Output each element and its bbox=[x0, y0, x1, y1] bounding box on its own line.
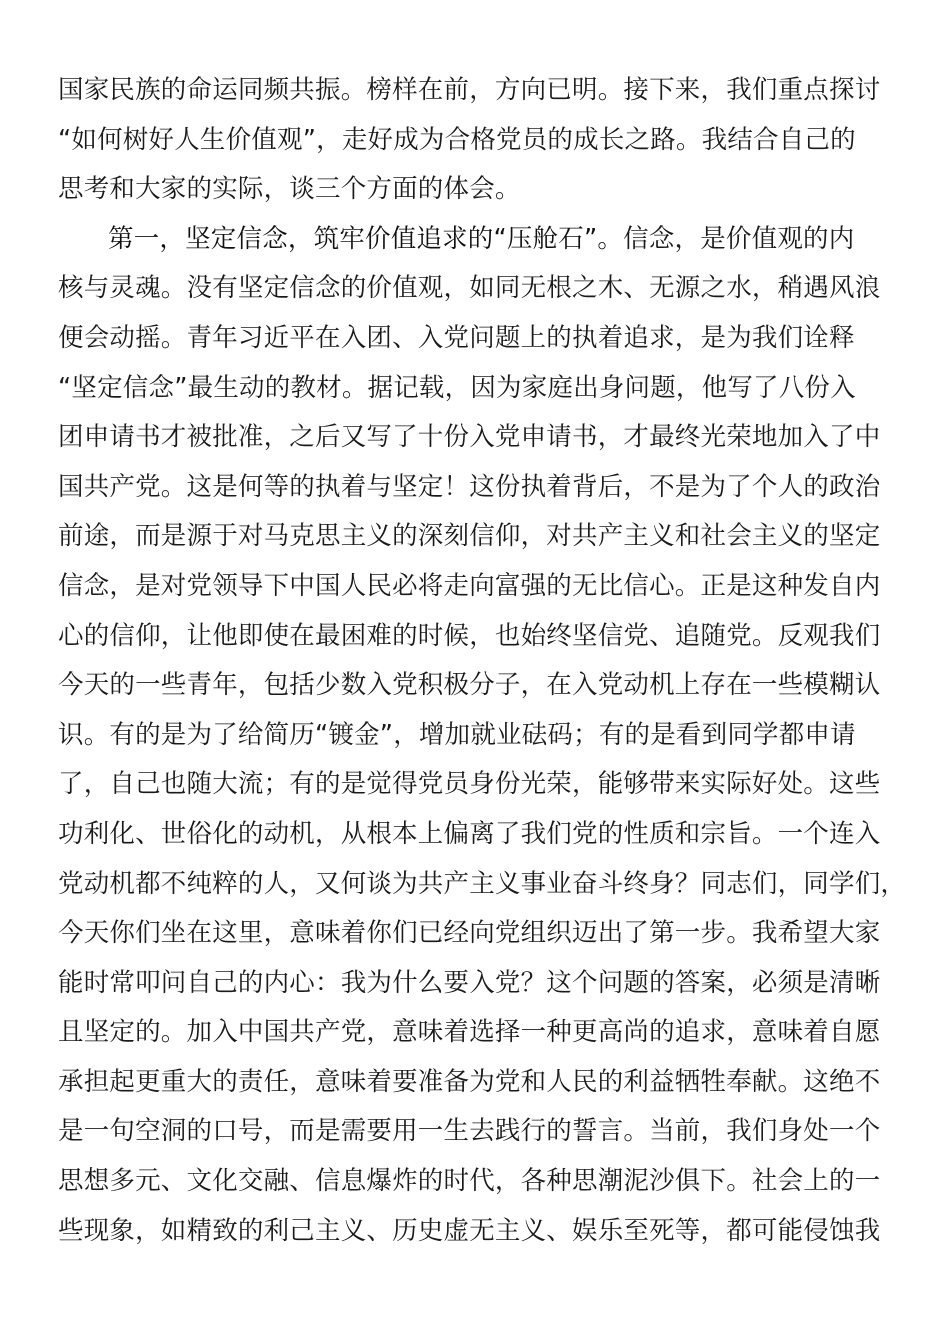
text-line: 承担起更重大的责任，意味着要准备为党和人民的利益牺牲奉献。这绝不 bbox=[58, 1058, 878, 1108]
text-line: 信念，是对党领导下中国人民必将走向富强的无比信心。正是这种发自内 bbox=[58, 562, 878, 612]
text-line: 些现象，如精致的利己主义、历史虚无主义、娱乐至死等，都可能侵蚀我 bbox=[58, 1207, 878, 1257]
text-line: 能时常叩问自己的内心：我为什么要入党？这个问题的答案，必须是清晰 bbox=[58, 959, 878, 1009]
document-page: 国家民族的命运同频共振。榜样在前，方向已明。接下来，我们重点探讨 “如何树好人生… bbox=[58, 66, 878, 1256]
text-line: 识。有的是为了给简历“镀金”，增加就业砝码；有的是看到同学都申请 bbox=[58, 711, 878, 761]
text-line: 今天你们坐在这里，意味着你们已经向党组织迈出了第一步。我希望大家 bbox=[58, 909, 878, 959]
text-line: 党动机都不纯粹的人，又何谈为共产主义事业奋斗终身？同志们，同学们， bbox=[58, 860, 878, 910]
text-line: 思想多元、文化交融、信息爆炸的时代，各种思潮泥沙俱下。社会上的一 bbox=[58, 1157, 878, 1207]
text-line: 是一句空洞的口号，而是需要用一生去践行的誓言。当前，我们身处一个 bbox=[58, 1107, 878, 1157]
section-heading: 第一，坚定信念，筑牢价值追求的“压舱石”。 bbox=[108, 224, 623, 254]
section-heading-line: 第一，坚定信念，筑牢价值追求的“压舱石”。信念，是价值观的内 bbox=[58, 215, 878, 265]
text-line: “如何树好人生价值观”，走好成为合格党员的成长之路。我结合自己的 bbox=[58, 116, 878, 166]
text-line: 且坚定的。加入中国共产党，意味着选择一种更高尚的追求，意味着自愿 bbox=[58, 1008, 878, 1058]
text-line: 了，自己也随大流；有的是觉得党员身份光荣，能够带来实际好处。这些 bbox=[58, 760, 878, 810]
text-line: 国家民族的命运同频共振。榜样在前，方向已明。接下来，我们重点探讨 bbox=[58, 66, 878, 116]
text-line: 前途，而是源于对马克思主义的深刻信仰，对共产主义和社会主义的坚定 bbox=[58, 512, 878, 562]
text-line: 思考和大家的实际，谈三个方面的体会。 bbox=[58, 165, 878, 215]
text-line: 核与灵魂。没有坚定信念的价值观，如同无根之木、无源之水，稍遇风浪 bbox=[58, 264, 878, 314]
text-line: 功利化、世俗化的动机，从根本上偏离了我们党的性质和宗旨。一个连入 bbox=[58, 810, 878, 860]
text-line: 今天的一些青年，包括少数入党积极分子，在入党动机上存在一些模糊认 bbox=[58, 661, 878, 711]
text-line: 心的信仰，让他即使在最困难的时候，也始终坚信党、追随党。反观我们 bbox=[58, 612, 878, 662]
text-line: “坚定信念”最生动的教材。据记载，因为家庭出身问题，他写了八份入 bbox=[58, 364, 878, 414]
text-line: 团申请书才被批准，之后又写了十份入党申请书，才最终光荣地加入了中 bbox=[58, 413, 878, 463]
text-line: 便会动摇。青年习近平在入团、入党问题上的执着追求，是为我们诠释 bbox=[58, 314, 878, 364]
section-heading-continuation: 信念，是价值观的内 bbox=[623, 224, 854, 254]
text-line: 国共产党。这是何等的执着与坚定！这份执着背后，不是为了个人的政治 bbox=[58, 463, 878, 513]
